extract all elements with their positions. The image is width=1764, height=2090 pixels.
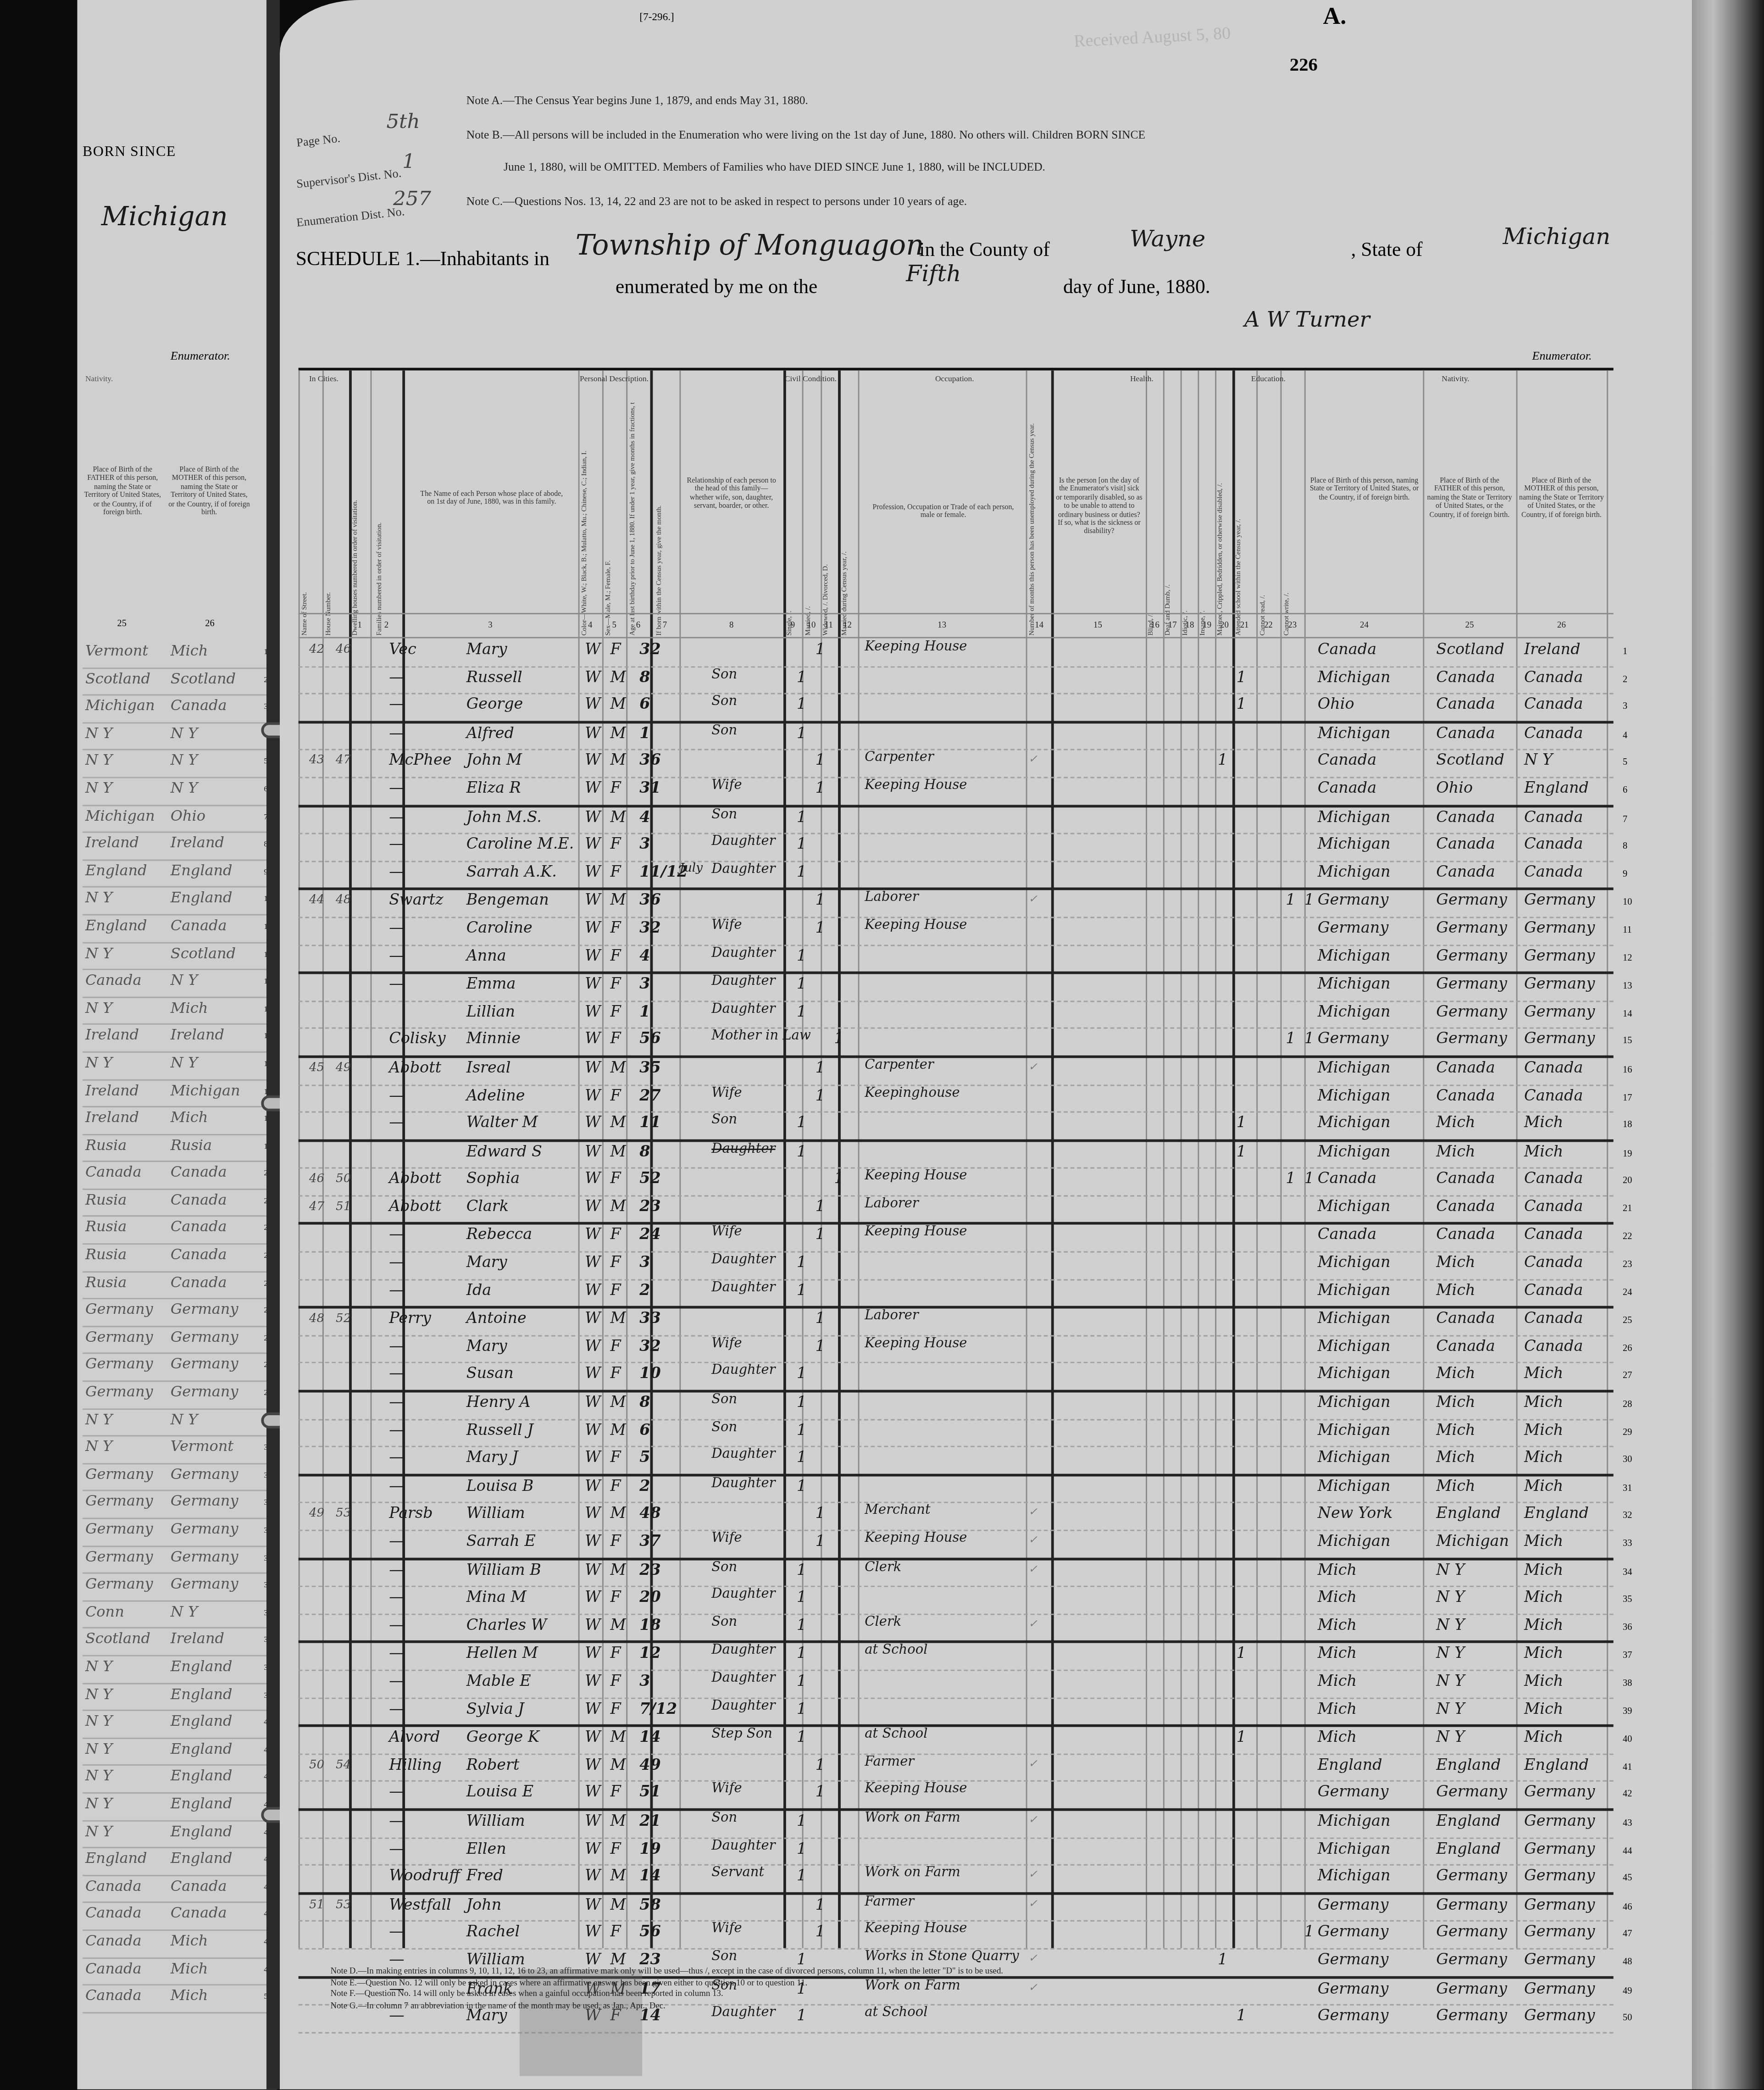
dwelling-number: 44 [309,895,336,908]
left-page-row: N YMich14 [83,998,269,1025]
single-mark: 1 [797,1727,807,1746]
given-name: John M.S. [466,807,562,826]
census-row: 4246VecMaryWF321Keeping HouseCanadaScotl… [299,639,1614,667]
birthplace: New York [1318,1504,1435,1523]
father-birthplace: N Y [1436,1587,1524,1606]
mother-birthplace: Ireland [171,1630,253,1648]
left-page-row: GermanyGermany35 [83,1574,269,1601]
color: W [585,1922,604,1941]
census-row: —Caroline M.E.WF3Daughter1MichiganCanada… [299,834,1614,862]
birthplace: Canada [1318,1169,1435,1188]
single-mark: 1 [797,1113,807,1132]
occupation: Clerk [865,1615,1030,1629]
left-page-row: RusiaRusia19 [83,1135,269,1162]
census-row: LillianWF1Daughter1MichiganGermanyGerman… [299,1002,1614,1029]
sex: M [610,807,629,826]
group-health: Health. [1051,376,1232,384]
birthplace: Michigan [1318,1085,1435,1104]
census-row: —AdelineWF27Wife1KeepinghouseMichiganCan… [299,1085,1614,1113]
left-page-row: CanadaCanada46 [83,1876,269,1903]
line-number: 14 [1623,1008,1644,1019]
father-birthplace: Ireland [85,834,165,852]
father-birthplace: Canada [85,1164,165,1181]
left-page-row: GermanyGermany34 [83,1546,269,1574]
left-page-row: N YEngland42 [83,1766,269,1794]
single-mark: 1 [797,807,807,826]
sex: M [610,1504,629,1523]
census-row: —Walter MWM11Son11MichiganMichMich18 [299,1113,1614,1142]
mother-birthplace: N Y [171,1411,253,1428]
single-mark: 1 [797,1615,807,1634]
given-name: John M [466,750,562,769]
left-page-row: GermanyGermany33 [83,1519,269,1546]
given-name: John [466,1895,562,1913]
line-number: 46 [1623,1901,1644,1912]
mother-birthplace: N Y [171,779,253,797]
census-row: —RachelWF56Wife1Keeping House1GermanyGer… [299,1922,1614,1950]
sex: F [610,1587,629,1606]
given-name: William B [466,1560,562,1579]
age: 8 [639,1393,663,1412]
line-number: 13 [1623,981,1644,991]
state-label: , State of [1351,240,1422,262]
mother-birthplace: Canada [171,1273,253,1291]
given-name: Louisa E [466,1782,562,1801]
mother-birthplace: Germany [171,1301,253,1318]
birthplace: Germany [1318,1782,1435,1801]
census-row: —WilliamWM21Son1Work on Farm✓MichiganEng… [299,1811,1614,1838]
birthplace: Mich [1318,1587,1435,1606]
header-age: Age at last birthday prior to June 1, 18… [629,402,648,635]
birthplace: Michigan [1318,1866,1435,1884]
left-page-row: GermanyGermany28 [83,1382,269,1409]
father-birthplace: Ohio [1436,778,1524,797]
census-row: —Mable EWF3Daughter1MichN YMich38 [299,1671,1614,1699]
age: 23 [639,1949,663,1968]
footnote-d: Note D.—In making entries in columns 9, … [330,1967,1003,1978]
occupation: Farmer [865,1755,1030,1769]
surname: Abbott [389,1169,469,1188]
column-number: 15 [1085,621,1111,630]
cannot-write-mark: 1 [1304,1922,1315,1941]
father-birthplace: Vermont [85,642,165,660]
dwelling-number: 49 [309,1508,336,1521]
mother-birthplace: Canada [171,917,253,934]
left-page-row: N YN Y4 [83,723,269,751]
mother-birthplace: Mich [1524,1698,1612,1717]
left-page-row: RusiaCanada24 [83,1272,269,1300]
married-mark: 1 [815,918,826,937]
unemployed-check: ✓ [1029,1618,1042,1629]
age: 6 [639,1420,663,1439]
left-page-row: MichiganCanada3 [83,696,269,723]
given-name: William [466,1811,562,1829]
father-birthplace: Rusia [85,1273,165,1291]
father-birthplace: Scotland [1436,639,1524,658]
color: W [585,1364,604,1383]
mother-birthplace: Canada [1524,1336,1612,1355]
birthplace: Canada [1318,778,1435,797]
column-number: 7 [651,621,678,630]
line-number: 12 [1623,952,1644,963]
census-row: —EmmaWF3Daughter1MichiganGermanyGermany1… [299,974,1614,1002]
census-row: 4852PerryAntoineWM331LaborerMichiganCana… [299,1309,1614,1336]
unemployed-check: ✓ [1029,1506,1042,1518]
binder-spine [266,0,280,2090]
mother-birthplace: Michigan [171,1081,253,1099]
given-name: Adeline [466,1085,562,1104]
father-birthplace: Canada [1436,1085,1524,1104]
father-birthplace: Germany [85,1575,165,1593]
maimed-mark: 1 [1218,1949,1228,1968]
father-birthplace: Ireland [85,1109,165,1126]
census-row: 4448SwartzBengemanWM361Laborer✓11Germany… [299,890,1614,918]
sex: F [610,1644,629,1662]
mother-birthplace: Mich [1524,1113,1612,1132]
occupation: Keeping House [865,639,1030,654]
mother-birthplace: Germany [171,1466,253,1483]
column-number: 13 [929,621,955,630]
line-number: 41 [1623,1761,1644,1772]
left-page-row: N YN Y5 [83,750,269,778]
mother-birthplace: Canada [1524,1309,1612,1328]
line-number: 2 [1623,674,1644,684]
father-birthplace: N Y [1436,1560,1524,1579]
mother-birthplace: N Y [1524,750,1612,769]
mother-birthplace: Germany [1524,974,1612,993]
left-page-row: N YEngland40 [83,1711,269,1739]
sex: M [610,1895,629,1913]
line-number: 33 [1623,1538,1644,1548]
surname: — [389,695,469,713]
given-name: Mary [466,1253,562,1272]
line-number: 4 [1623,730,1644,740]
single-mark: 1 [797,1142,807,1161]
header-sick: Is the person [on the day of the Enumera… [1055,477,1143,537]
color: W [585,1671,604,1690]
father-birthplace: Rusia [85,1191,165,1209]
single-mark: 1 [797,695,807,713]
relationship: Wife [711,918,821,933]
census-row: —Henry AWM8Son1MichiganMichMich28 [299,1393,1614,1420]
header-birthplace: Place of Birth of this person, naming St… [1309,477,1420,503]
surname: — [389,1364,469,1383]
mother-birthplace: N Y [171,972,253,989]
given-name: George [466,695,562,713]
mother-birthplace: Canada [171,1164,253,1181]
father-birthplace: N Y [85,1712,165,1730]
occupation: Farmer [865,1895,1030,1909]
left-page-row: CanadaCanada47 [83,1903,269,1931]
surname: — [389,1225,469,1244]
surname: Abbott [389,1058,469,1077]
father-birthplace: England [1436,1838,1524,1857]
sex: F [610,834,629,853]
father-birthplace: Germany [1436,1922,1524,1941]
mother-birthplace: England [171,1768,253,1785]
sex: F [610,918,629,937]
single-mark: 1 [797,1420,807,1439]
father-birthplace: N Y [85,889,165,907]
birthplace: Mich [1318,1727,1435,1746]
left-page-row: ScotlandScotland2 [83,668,269,696]
note-c: Note C.—Questions Nos. 13, 14, 22 and 23… [466,195,967,208]
occupation: Keeping House [865,1169,1030,1184]
age: 3 [639,974,663,993]
left-page-row: IrelandIreland8 [83,833,269,861]
sex: M [610,1142,629,1161]
header-widowed: Widowed, /. Divorced, D. [822,402,838,635]
mother-birthplace: Canada [171,1905,253,1922]
single-mark: 1 [797,1447,807,1466]
birthplace: Michigan [1318,1309,1435,1328]
age: 36 [639,890,663,909]
given-name: Caroline M.E. [466,834,562,853]
column-number: 12 [834,621,860,630]
surname: — [389,1811,469,1829]
father-birthplace: Scotland [85,1630,165,1648]
footnote-g: Note G.—In column 7 an abbreviation in t… [330,2001,1003,2012]
father-birthplace: England [85,1850,165,1867]
given-name: George K [466,1727,562,1746]
single-mark: 1 [797,1698,807,1717]
color: W [585,1113,604,1132]
birthplace: Germany [1318,1922,1435,1941]
census-row: —MaryWF3Daughter1MichiganMichCanada23 [299,1253,1614,1280]
single-mark: 1 [797,1560,807,1579]
enumerator-label: Enumerator. [1532,349,1592,362]
left-page-row: IrelandMichigan17 [83,1080,269,1107]
age: 2 [639,1476,663,1495]
single-mark: 1 [797,1644,807,1662]
father-birthplace: N Y [1436,1644,1524,1662]
census-row: —Sarrah EWF37Wife1Keeping House✓Michigan… [299,1531,1614,1560]
given-name: Sarrah E [466,1531,562,1550]
father-birthplace: Ireland [85,1081,165,1099]
father-birthplace: England [1436,1755,1524,1773]
single-mark: 1 [797,667,807,686]
occupation: Works in Stone Quarry [865,1949,1030,1964]
form-code: [7-296.] [639,11,674,22]
mother-birthplace: Mich [1524,1671,1612,1690]
line-number: 40 [1623,1734,1644,1745]
left-page-row: N YN Y16 [83,1053,269,1080]
mother-birthplace: Germany [1524,1838,1612,1857]
sex: M [610,1727,629,1746]
group-in-cities: In Cities. [299,376,349,384]
header-sex: Sex—Male, M.; Female, F. [605,402,624,635]
mother-birthplace: Ohio [171,807,253,824]
age: 12 [639,1644,663,1662]
county-label: in the County of [919,240,1049,262]
sex: F [610,1698,629,1717]
birthplace: Michigan [1318,1058,1435,1077]
mother-birthplace: Ireland [1524,639,1612,658]
census-table: In Cities. Personal Description. Civil C… [299,368,1614,1948]
column-number: 22 [1255,621,1281,630]
line-number: 36 [1623,1622,1644,1632]
line-number: 34 [1623,1567,1644,1577]
note-b-line1: Note B.—All persons will be included in … [466,128,1145,141]
surname: — [389,918,469,937]
birthplace: Michigan [1318,1447,1435,1466]
enumeration-dist-value: 257 [393,187,431,211]
mother-birthplace: England [171,1712,253,1730]
father-birthplace: Canada [1436,862,1524,881]
line-number: 45 [1623,1873,1644,1883]
dwelling-number: 47 [309,1201,336,1214]
maimed-mark: 1 [1218,750,1228,769]
left-page-row: CanadaMich50 [83,1985,269,2013]
dwelling-number: 42 [309,644,336,657]
group-nativity: Nativity. [1304,376,1607,384]
census-row: 4953ParsbWilliamWM481Merchant✓New YorkEn… [299,1504,1614,1531]
father-birthplace: N Y [1436,1698,1524,1717]
mother-birthplace: Germany [1524,918,1612,937]
surname: — [389,974,469,993]
father-birthplace: Mich [1436,1447,1524,1466]
father-birthplace: Canada [1436,1169,1524,1188]
father-birthplace: Mich [1436,1280,1524,1299]
township-name: Township of Monguagon [576,229,924,261]
line-number: 32 [1623,1510,1644,1521]
father-birthplace: Canada [1436,1196,1524,1215]
left-page-row: RusiaCanada23 [83,1245,269,1272]
relationship: Wife [711,1225,821,1240]
father-birthplace: Michigan [85,697,165,715]
left-page-row: CanadaCanada20 [83,1162,269,1190]
sex: F [610,1029,629,1048]
father-birthplace: N Y [85,1685,165,1702]
mother-birthplace: Germany [171,1575,253,1593]
given-name: Walter M [466,1113,562,1132]
surname: — [389,1587,469,1606]
sex: F [610,1085,629,1104]
line-number: 5 [1623,757,1644,768]
mother-birthplace: Canada [1524,1253,1612,1272]
left-page-row: GermanyGermany31 [83,1464,269,1492]
sex: F [610,1364,629,1383]
mother-birthplace: Germany [1524,890,1612,909]
birthplace: Mich [1318,1671,1435,1690]
father-birthplace: N Y [85,1740,165,1757]
mother-birthplace: Canada [1524,1280,1612,1299]
color: W [585,1169,604,1188]
father-birthplace: Mich [1436,1253,1524,1272]
father-birthplace: Canada [85,1960,165,1977]
occupation: Laborer [865,1196,1030,1211]
mother-birthplace: England [171,1740,253,1757]
surname: — [389,1476,469,1495]
father-birthplace: Germany [1436,1029,1524,1048]
color: W [585,1949,604,1968]
father-birthplace: Canada [1436,667,1524,686]
left-page-row: N YN Y29 [83,1409,269,1437]
color: W [585,1476,604,1495]
married-mark: 1 [815,1058,826,1077]
age: 56 [639,1922,663,1941]
color: W [585,945,604,964]
mother-birthplace: Germany [1524,1949,1612,1968]
census-row: —John M.S.WM4Son1MichiganCanadaCanada7 [299,807,1614,834]
column-number: 24 [1351,621,1377,630]
census-row: —RebeccaWF24Wife1Keeping HouseCanadaCana… [299,1225,1614,1253]
age: 11 [639,1113,663,1132]
color: W [585,974,604,993]
note-a: Note A.—The Census Year begins June 1, 1… [466,93,808,106]
surname: — [389,1838,469,1857]
family-number: 53 [336,1899,368,1912]
header-dwelling: Dwelling houses numbered in order of vis… [352,402,371,635]
surname: Alvord [389,1727,469,1746]
mother-birthplace: Scotland [171,670,253,687]
given-name: Mary [466,1336,562,1355]
color: W [585,1644,604,1662]
surname: Perry [389,1309,469,1328]
occupation: Laborer [865,1309,1030,1323]
line-number: 20 [1623,1176,1644,1186]
column-number: 23 [1279,621,1306,630]
header-relationship: Relationship of each person to the head … [685,477,778,511]
line-number: 18 [1623,1119,1644,1130]
given-name: Susan [466,1364,562,1383]
father-birthplace: Rusia [85,1246,165,1263]
married-mark: 1 [815,1309,826,1328]
color: W [585,807,604,826]
color: W [585,918,604,937]
mother-birthplace: England [171,1850,253,1867]
line-number: 10 [1623,897,1644,908]
sex: F [610,1782,629,1801]
census-row: 4650AbbottSophiaWF521Keeping House11Cana… [299,1169,1614,1196]
given-name: Rachel [466,1922,562,1941]
unemployed-check: ✓ [1029,1757,1042,1769]
sex: F [610,1838,629,1857]
birthplace: Michigan [1318,807,1435,826]
mother-birthplace: Rusia [171,1136,253,1154]
sex: M [610,1949,629,1968]
column-number: 25 [1456,621,1483,630]
married-mark: 1 [815,750,826,769]
census-row: —GeorgeWM6Son11OhioCanadaCanada3 [299,695,1614,723]
given-name: Clark [466,1196,562,1215]
cannot-write-mark: 1 [1304,890,1315,909]
sex: F [610,1531,629,1550]
color: W [585,778,604,797]
mother-birthplace: Germany [1524,1978,1612,1997]
left-page-row: IrelandMich18 [83,1107,269,1135]
mother-birthplace: Canada [171,1218,253,1236]
occupation: Merchant [865,1504,1030,1518]
occupation: Keeping House [865,1922,1030,1937]
left-page-enumerator-label: Enumerator. [171,349,230,362]
left-page-row: ScotlandIreland37 [83,1629,269,1656]
color: W [585,1196,604,1215]
age: 2 [639,1280,663,1299]
surname: McPhee [389,750,469,769]
mother-birthplace: Canada [1524,1085,1612,1104]
census-row: —Mina MWF20Daughter1MichN YMich35 [299,1587,1614,1615]
surname: — [389,1644,469,1662]
birthplace: Michigan [1318,1838,1435,1857]
birthplace: Germany [1318,890,1435,909]
unemployed-check: ✓ [1029,753,1042,765]
color: W [585,1336,604,1355]
unemployed-check: ✓ [1029,1534,1042,1545]
mother-birthplace: Canada [1524,862,1612,881]
census-row: —CarolineWF32Wife1Keeping HouseGermanyGe… [299,918,1614,945]
color: W [585,834,604,853]
